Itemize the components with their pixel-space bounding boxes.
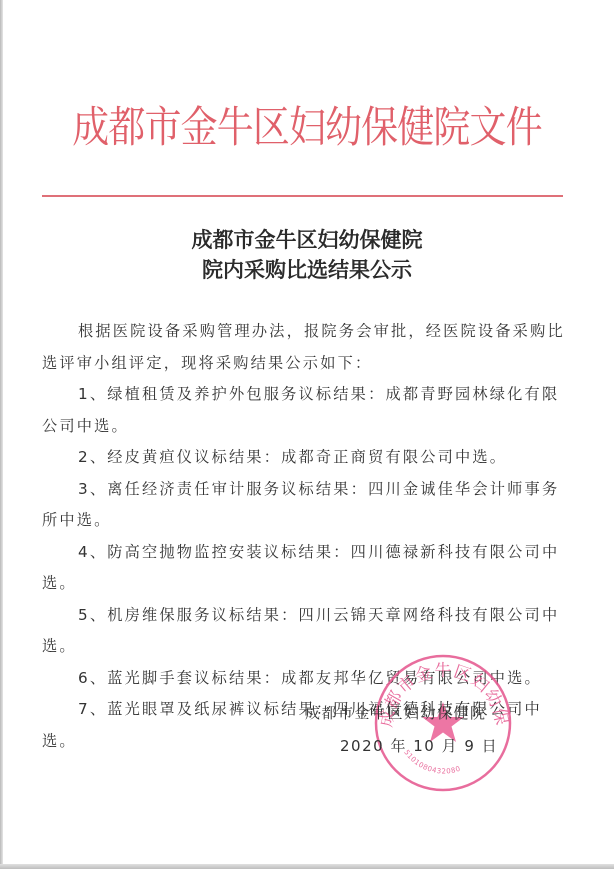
result-item-1: 1、绿植租赁及养护外包服务议标结果：成都青野园林绿化有限公司中选。 [42,379,568,442]
intro-paragraph: 根据医院设备采购管理办法，报院务会审批，经医院设备采购比选评审小组评定，现将采购… [42,316,568,379]
letterhead-title: 成都市金牛区妇幼保健院文件 [43,100,571,156]
signature-org: 成都市金牛区妇幼保健院 [305,702,487,723]
document-title-line2: 院内采购比选结果公示 [0,254,614,284]
result-item-2: 2、经皮黄疸仪议标结果：成都奇正商贸有限公司中选。 [42,442,568,474]
document-title-line1: 成都市金牛区妇幼保健院 [0,224,614,254]
official-seal: 成都市金牛区妇幼保健院 5101080432080 [372,652,514,794]
document-page: 成都市金牛区妇幼保健院文件 成都市金牛区妇幼保健院 院内采购比选结果公示 根据医… [0,0,614,869]
signature-date: 2020 年 10 月 9 日 [340,735,498,756]
page-edge-bottom [0,864,614,869]
result-item-4: 4、防高空抛物监控安装议标结果：四川德禄新科技有限公司中选。 [42,537,568,600]
page-edge-left [0,0,3,869]
letterhead-divider [42,195,563,197]
result-item-3: 3、离任经济责任审计服务议标结果：四川金诚佳华会计师事务所中选。 [42,474,568,537]
